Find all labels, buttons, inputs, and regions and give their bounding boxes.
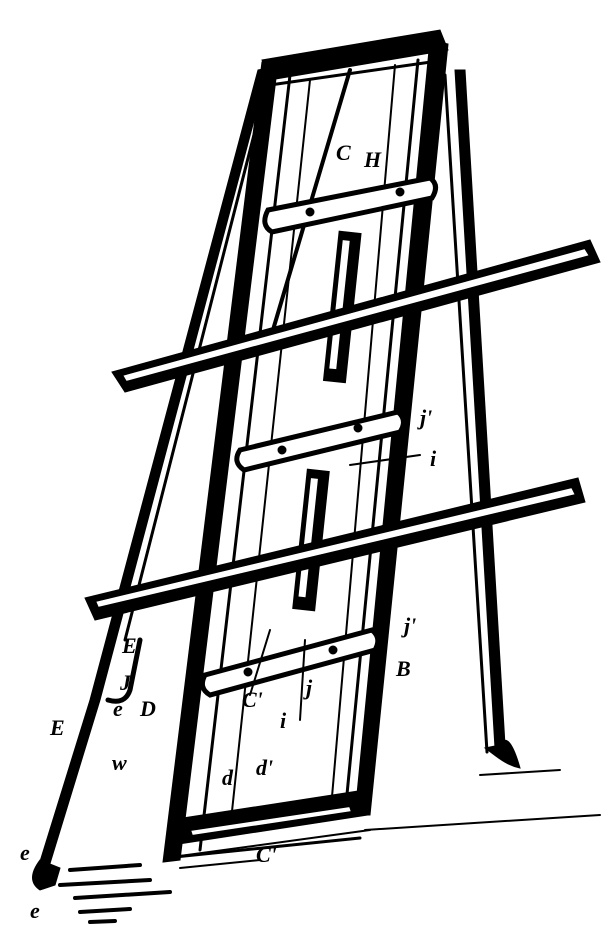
label-j1-upper: j' xyxy=(417,405,432,430)
label-C1-bar: C' xyxy=(242,687,263,712)
label-E-upper: E xyxy=(121,633,137,658)
left-outer-stile xyxy=(38,68,270,870)
label-d1: d' xyxy=(256,755,273,780)
label-J: J xyxy=(119,670,132,695)
lower-sliding-bar xyxy=(202,630,377,720)
label-H: H xyxy=(363,147,382,172)
label-C1-bottom: C' xyxy=(256,842,277,867)
stile-foot xyxy=(33,860,61,890)
ground-hatching xyxy=(60,770,600,922)
back-support-leg xyxy=(445,70,520,768)
label-B: B xyxy=(395,656,411,681)
label-e-mid: e xyxy=(113,696,123,721)
label-C: C xyxy=(336,140,351,165)
label-e-foot-upper: e xyxy=(20,840,30,865)
label-E-left: E xyxy=(49,715,65,740)
label-d: d xyxy=(222,765,234,790)
label-e-foot-lower: e xyxy=(30,898,40,923)
label-i-mid: i xyxy=(430,446,437,471)
ladder-engraving: C H j' i j' B C' j i E J e D E w d d' C'… xyxy=(0,0,601,930)
label-i-lower: i xyxy=(280,708,287,733)
label-j1-lower: j' xyxy=(401,613,416,638)
label-j-lower: j xyxy=(303,675,313,700)
label-w: w xyxy=(112,750,127,775)
label-D: D xyxy=(139,696,156,721)
